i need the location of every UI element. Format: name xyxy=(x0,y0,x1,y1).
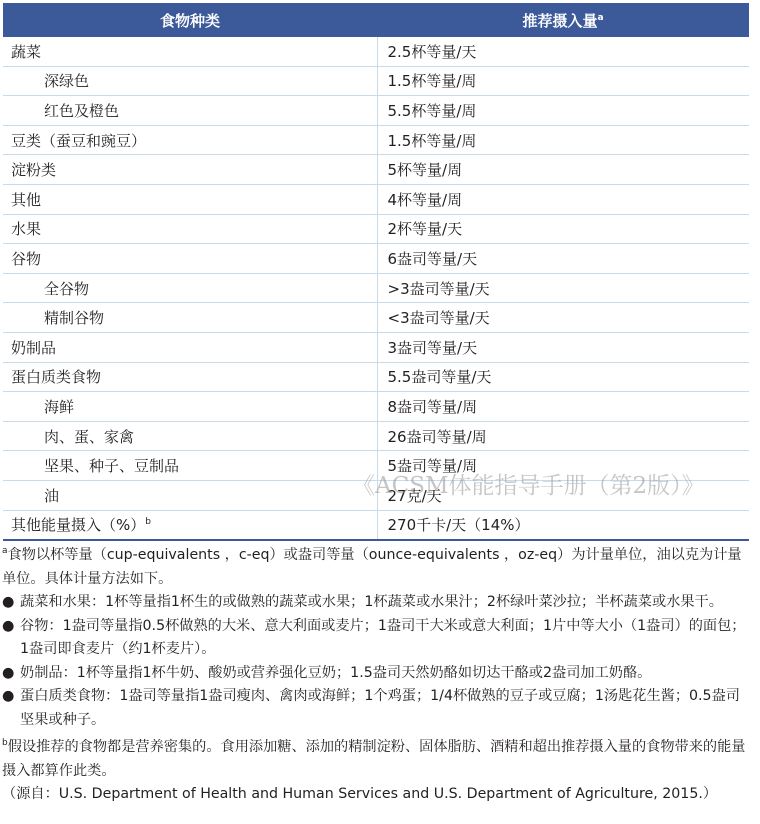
category-label: 油 xyxy=(44,487,59,505)
bullet-icon: ● xyxy=(2,615,20,639)
table-row: 豆类（蚕豆和豌豆）1.5杯等量/周 xyxy=(3,125,749,155)
footnote-a-text: 食物以杯等量（cup-equivalents ，c-eq）或盎司等量（ounce… xyxy=(2,547,742,587)
bullet-icon: ● xyxy=(2,662,20,686)
watermark: 《ACSM体能指导手册（第2版）》 xyxy=(352,467,705,500)
table-header-row: 食物种类 推荐摄入量a xyxy=(3,3,749,37)
bullet-text: 蔬菜和水果：1杯等量指1杯生的或做熟的蔬菜或水果；1杯蔬菜或水果汁；2杯绿叶菜沙… xyxy=(20,594,723,610)
table-notes: a食物以杯等量（cup-equivalents ，c-eq）或盎司等量（ounc… xyxy=(2,540,754,807)
category-label: 坚果、种子、豆制品 xyxy=(44,457,179,475)
category-label: 水果 xyxy=(11,220,41,238)
table-row: 精制谷物<3盎司等量/天 xyxy=(3,303,749,333)
cell-amount: 26盎司等量/周 xyxy=(377,421,749,451)
category-label: 全谷物 xyxy=(44,280,89,298)
table-row: 蛋白质类食物5.5盎司等量/天 xyxy=(3,362,749,392)
category-label: 肉、蛋、家禽 xyxy=(44,428,134,446)
cell-category: 精制谷物 xyxy=(3,303,377,333)
category-label: 精制谷物 xyxy=(44,309,104,327)
header-amount-label: 推荐摄入量 xyxy=(522,12,597,30)
table-row: 其他能量摄入（%）b270千卡/天（14%） xyxy=(3,510,749,540)
category-label: 淀粉类 xyxy=(11,161,56,179)
header-category-label: 食物种类 xyxy=(160,12,220,30)
footnote-a-marker: a xyxy=(597,13,603,23)
bullet-item: ●谷物：1盎司等量指0.5杯做熟的大米、意大利面或麦片；1盎司干大米或意大利面；… xyxy=(2,615,754,662)
cell-category: 红色及橙色 xyxy=(3,96,377,126)
cell-amount: 5.5杯等量/周 xyxy=(377,96,749,126)
cell-category: 坚果、种子、豆制品 xyxy=(3,451,377,481)
bullet-text: 谷物：1盎司等量指0.5杯做熟的大米、意大利面或麦片；1盎司干大米或意大利面；1… xyxy=(20,618,746,658)
footnote-b: b假设推荐的食物都是营养密集的。食用添加糖、添加的精制淀粉、固体脂肪、酒精和超出… xyxy=(2,732,754,783)
cell-amount: 4杯等量/周 xyxy=(377,184,749,214)
table-row: 蔬菜2.5杯等量/天 xyxy=(3,37,749,66)
bullet-item: ●蛋白质类食物：1盎司等量指1盎司瘦肉、禽肉或海鲜；1个鸡蛋；1/4杯做熟的豆子… xyxy=(2,685,754,732)
header-category: 食物种类 xyxy=(3,3,377,37)
cell-category: 全谷物 xyxy=(3,273,377,303)
cell-category: 豆类（蚕豆和豌豆） xyxy=(3,125,377,155)
cell-amount: 2杯等量/天 xyxy=(377,214,749,244)
cell-category: 海鲜 xyxy=(3,392,377,422)
category-label: 谷物 xyxy=(11,250,41,268)
cell-category: 蛋白质类食物 xyxy=(3,362,377,392)
cell-category: 肉、蛋、家禽 xyxy=(3,421,377,451)
category-label: 海鲜 xyxy=(44,398,74,416)
bullet-icon: ● xyxy=(2,685,20,709)
cell-amount: 1.5杯等量/周 xyxy=(377,125,749,155)
cell-amount: 3盎司等量/天 xyxy=(377,332,749,362)
category-label: 蛋白质类食物 xyxy=(11,368,101,386)
footnote-b-text: 假设推荐的食物都是营养密集的。食用添加糖、添加的精制淀粉、固体脂肪、酒精和超出推… xyxy=(2,739,745,779)
cell-category: 奶制品 xyxy=(3,332,377,362)
footnote-a: a食物以杯等量（cup-equivalents ，c-eq）或盎司等量（ounc… xyxy=(2,540,754,591)
cell-amount: 8盎司等量/周 xyxy=(377,392,749,422)
bullet-text: 蛋白质类食物：1盎司等量指1盎司瘦肉、禽肉或海鲜；1个鸡蛋；1/4杯做熟的豆子或… xyxy=(20,688,740,728)
cell-category: 油 xyxy=(3,480,377,510)
cell-category: 其他能量摄入（%）b xyxy=(3,510,377,540)
cell-category: 蔬菜 xyxy=(3,37,377,66)
cell-category: 其他 xyxy=(3,184,377,214)
table-row: 全谷物>3盎司等量/天 xyxy=(3,273,749,303)
cell-category: 淀粉类 xyxy=(3,155,377,185)
source-citation: （源自：U.S. Department of Health and Human … xyxy=(2,783,754,807)
table-row: 肉、蛋、家禽26盎司等量/周 xyxy=(3,421,749,451)
cell-amount: 270千卡/天（14%） xyxy=(377,510,749,540)
cell-amount: 6盎司等量/天 xyxy=(377,244,749,274)
table-row: 谷物6盎司等量/天 xyxy=(3,244,749,274)
category-label: 红色及橙色 xyxy=(44,102,119,120)
table-row: 深绿色1.5杯等量/周 xyxy=(3,66,749,96)
cell-amount: 5.5盎司等量/天 xyxy=(377,362,749,392)
bullet-text: 奶制品：1杯等量指1杯牛奶、酸奶或营养强化豆奶；1.5盎司天然奶酪如切达干酪或2… xyxy=(20,665,651,681)
category-label: 其他 xyxy=(11,191,41,209)
table-row: 奶制品3盎司等量/天 xyxy=(3,332,749,362)
category-label: 豆类（蚕豆和豌豆） xyxy=(11,132,146,150)
food-intake-table: 食物种类 推荐摄入量a 蔬菜2.5杯等量/天深绿色1.5杯等量/周红色及橙色5.… xyxy=(3,3,749,541)
table-row: 水果2杯等量/天 xyxy=(3,214,749,244)
cell-amount: 5杯等量/周 xyxy=(377,155,749,185)
table-row: 红色及橙色5.5杯等量/周 xyxy=(3,96,749,126)
cell-category: 谷物 xyxy=(3,244,377,274)
category-label: 深绿色 xyxy=(44,72,89,90)
cell-category: 深绿色 xyxy=(3,66,377,96)
cell-category: 水果 xyxy=(3,214,377,244)
footnote-b-marker: b xyxy=(145,517,151,527)
cell-amount: 1.5杯等量/周 xyxy=(377,66,749,96)
table-row: 海鲜8盎司等量/周 xyxy=(3,392,749,422)
table-row: 淀粉类5杯等量/周 xyxy=(3,155,749,185)
bullet-icon: ● xyxy=(2,591,20,615)
cell-amount: >3盎司等量/天 xyxy=(377,273,749,303)
cell-amount: <3盎司等量/天 xyxy=(377,303,749,333)
bullet-item: ●蔬菜和水果：1杯等量指1杯生的或做熟的蔬菜或水果；1杯蔬菜或水果汁；2杯绿叶菜… xyxy=(2,591,754,615)
category-label: 蔬菜 xyxy=(11,43,41,61)
bullet-item: ●奶制品：1杯等量指1杯牛奶、酸奶或营养强化豆奶；1.5盎司天然奶酪如切达干酪或… xyxy=(2,662,754,686)
category-label: 其他能量摄入（%） xyxy=(11,516,145,534)
table-row: 其他4杯等量/周 xyxy=(3,184,749,214)
category-label: 奶制品 xyxy=(11,339,56,357)
header-amount: 推荐摄入量a xyxy=(377,3,749,37)
cell-amount: 2.5杯等量/天 xyxy=(377,37,749,66)
